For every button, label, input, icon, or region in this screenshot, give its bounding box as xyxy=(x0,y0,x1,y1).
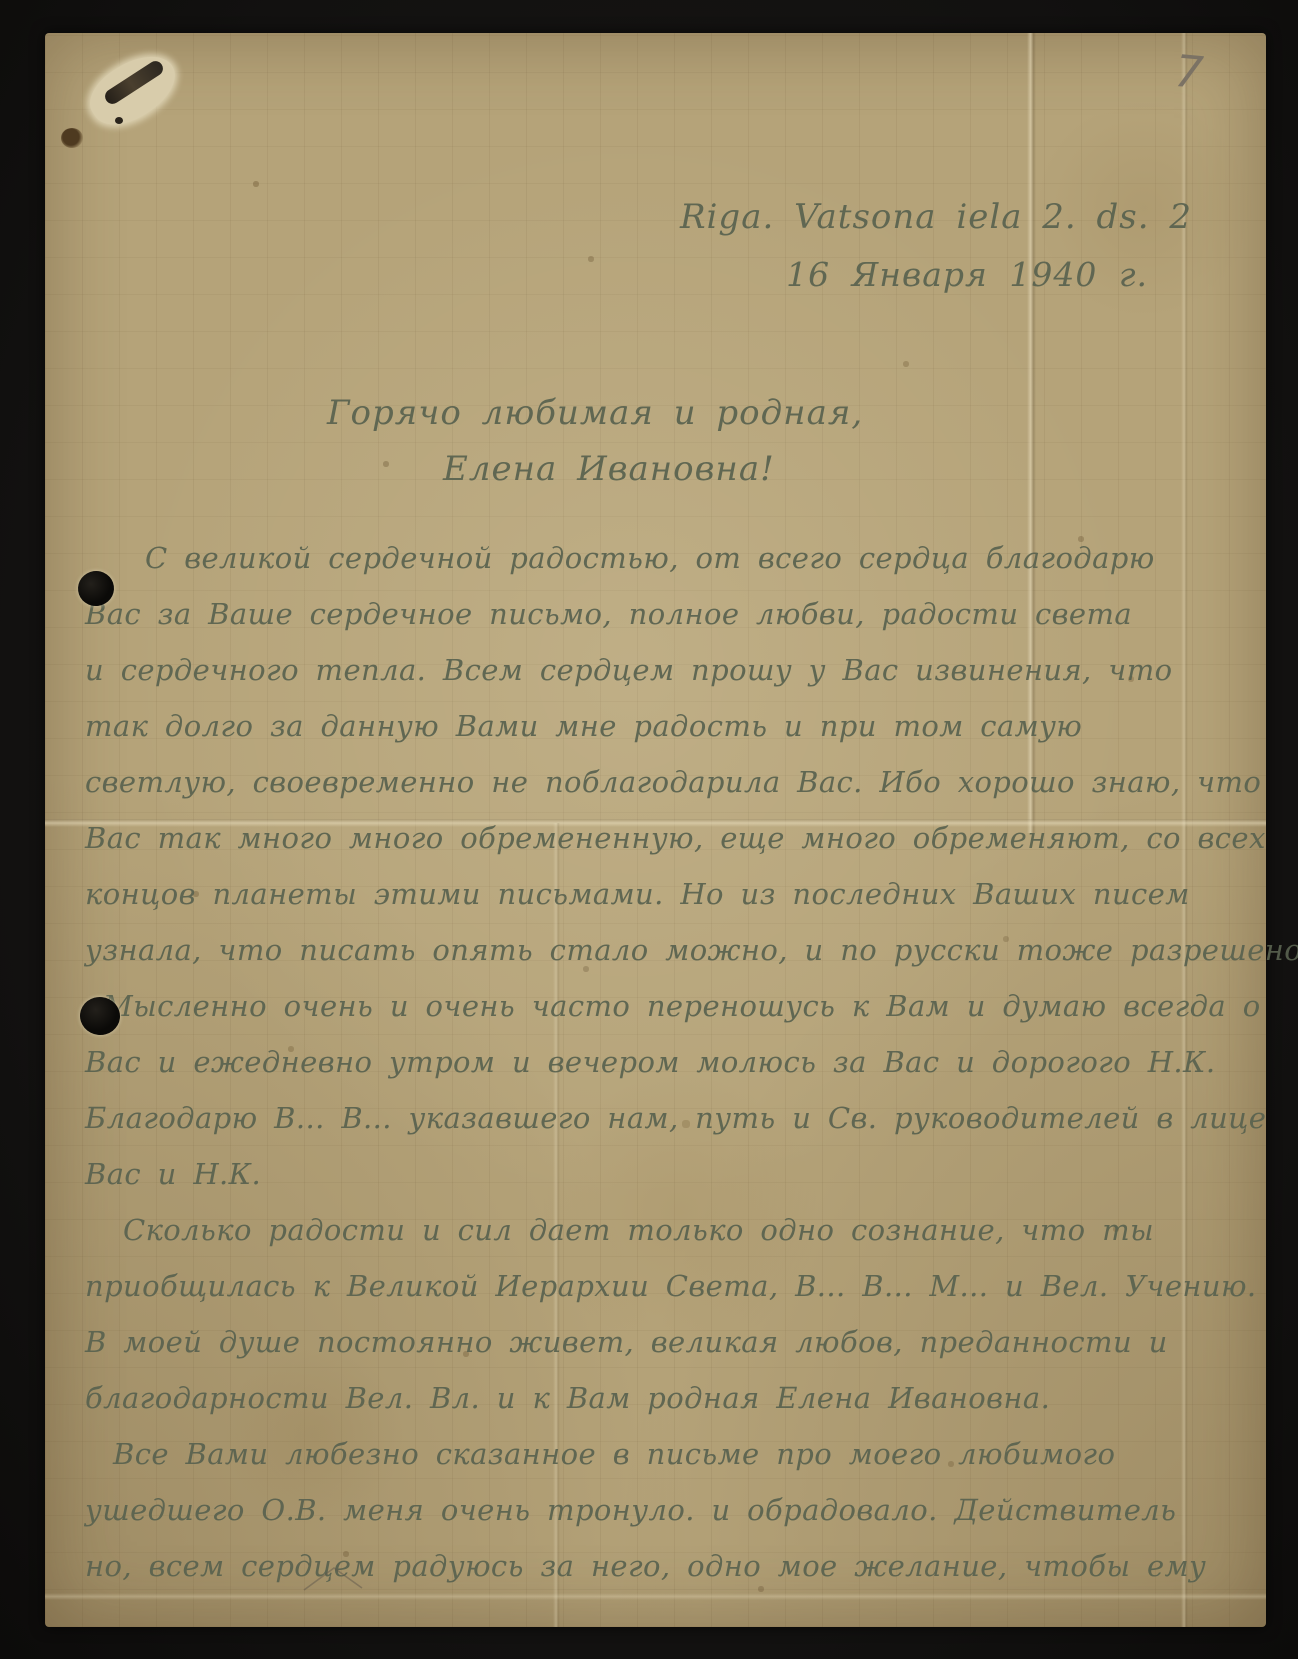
letter-line: ушедшего О.В. меня очень тронуло. и обра… xyxy=(85,1482,1235,1538)
letter-line: Вас и ежедневно утром и вечером молюсь з… xyxy=(85,1034,1235,1090)
fold-crease-bottom-edge xyxy=(45,1593,1266,1600)
letter-line: но, всем сердцем радуюсь за него, одно м… xyxy=(85,1538,1235,1594)
page-number: 7 xyxy=(1147,44,1231,102)
letter-line: С великой сердечной радостью, от всего с… xyxy=(85,530,1235,586)
letter-paper: 7 Riga. Vatsona iela 2. ds. 2 16 Января … xyxy=(45,33,1266,1627)
letter-line: концов планеты этими письмами. Но из пос… xyxy=(85,866,1235,922)
ink-blot-spot xyxy=(61,128,83,148)
letter-line: светлую, своевременно не поблагодарила В… xyxy=(85,754,1235,810)
letter-line: Благодарю В... В... указавшего нам, путь… xyxy=(85,1090,1235,1146)
salutation-line-2: Елена Ивановна! xyxy=(443,449,775,489)
letter-date: 16 Января 1940 г. xyxy=(786,255,1148,294)
letter-line: Вас и Н.К. xyxy=(85,1146,1235,1202)
letter-line: и сердечного тепла. Всем сердцем прошу у… xyxy=(85,642,1235,698)
letter-line: Вас за Ваше сердечное письмо, полное люб… xyxy=(85,586,1235,642)
paper-foxing-speckles xyxy=(45,33,47,35)
letter-line: узнала, что писать опять стало можно, и … xyxy=(85,922,1235,978)
letter-line: приобщилась к Великой Иерархии Света, В.… xyxy=(85,1258,1235,1314)
letter-line: Сколько радости и сил дает только одно с… xyxy=(85,1202,1235,1258)
pencil-caret-mark xyxy=(298,1563,370,1595)
letter-line: Вас так много много обремененную, еще мн… xyxy=(85,810,1235,866)
letter-line: Мысленно очень и очень часто переношусь … xyxy=(85,978,1235,1034)
letter-line: Все Вами любезно сказанное в письме про … xyxy=(85,1426,1235,1482)
letter-line: В моей душе постоянно живет, великая люб… xyxy=(85,1314,1235,1370)
salutation-line-1: Горячо любимая и родная, xyxy=(327,393,863,433)
letter-body: С великой сердечной радостью, от всего с… xyxy=(85,530,1235,1594)
letter-line: так долго за данную Вами мне радость и п… xyxy=(85,698,1235,754)
scanned-letter-page: 7 Riga. Vatsona iela 2. ds. 2 16 Января … xyxy=(0,0,1298,1659)
letter-address: Riga. Vatsona iela 2. ds. 2 xyxy=(680,197,1192,237)
paper-tear-speck xyxy=(115,117,123,124)
letter-line: благодарности Вел. Вл. и к Вам родная Ел… xyxy=(85,1370,1235,1426)
